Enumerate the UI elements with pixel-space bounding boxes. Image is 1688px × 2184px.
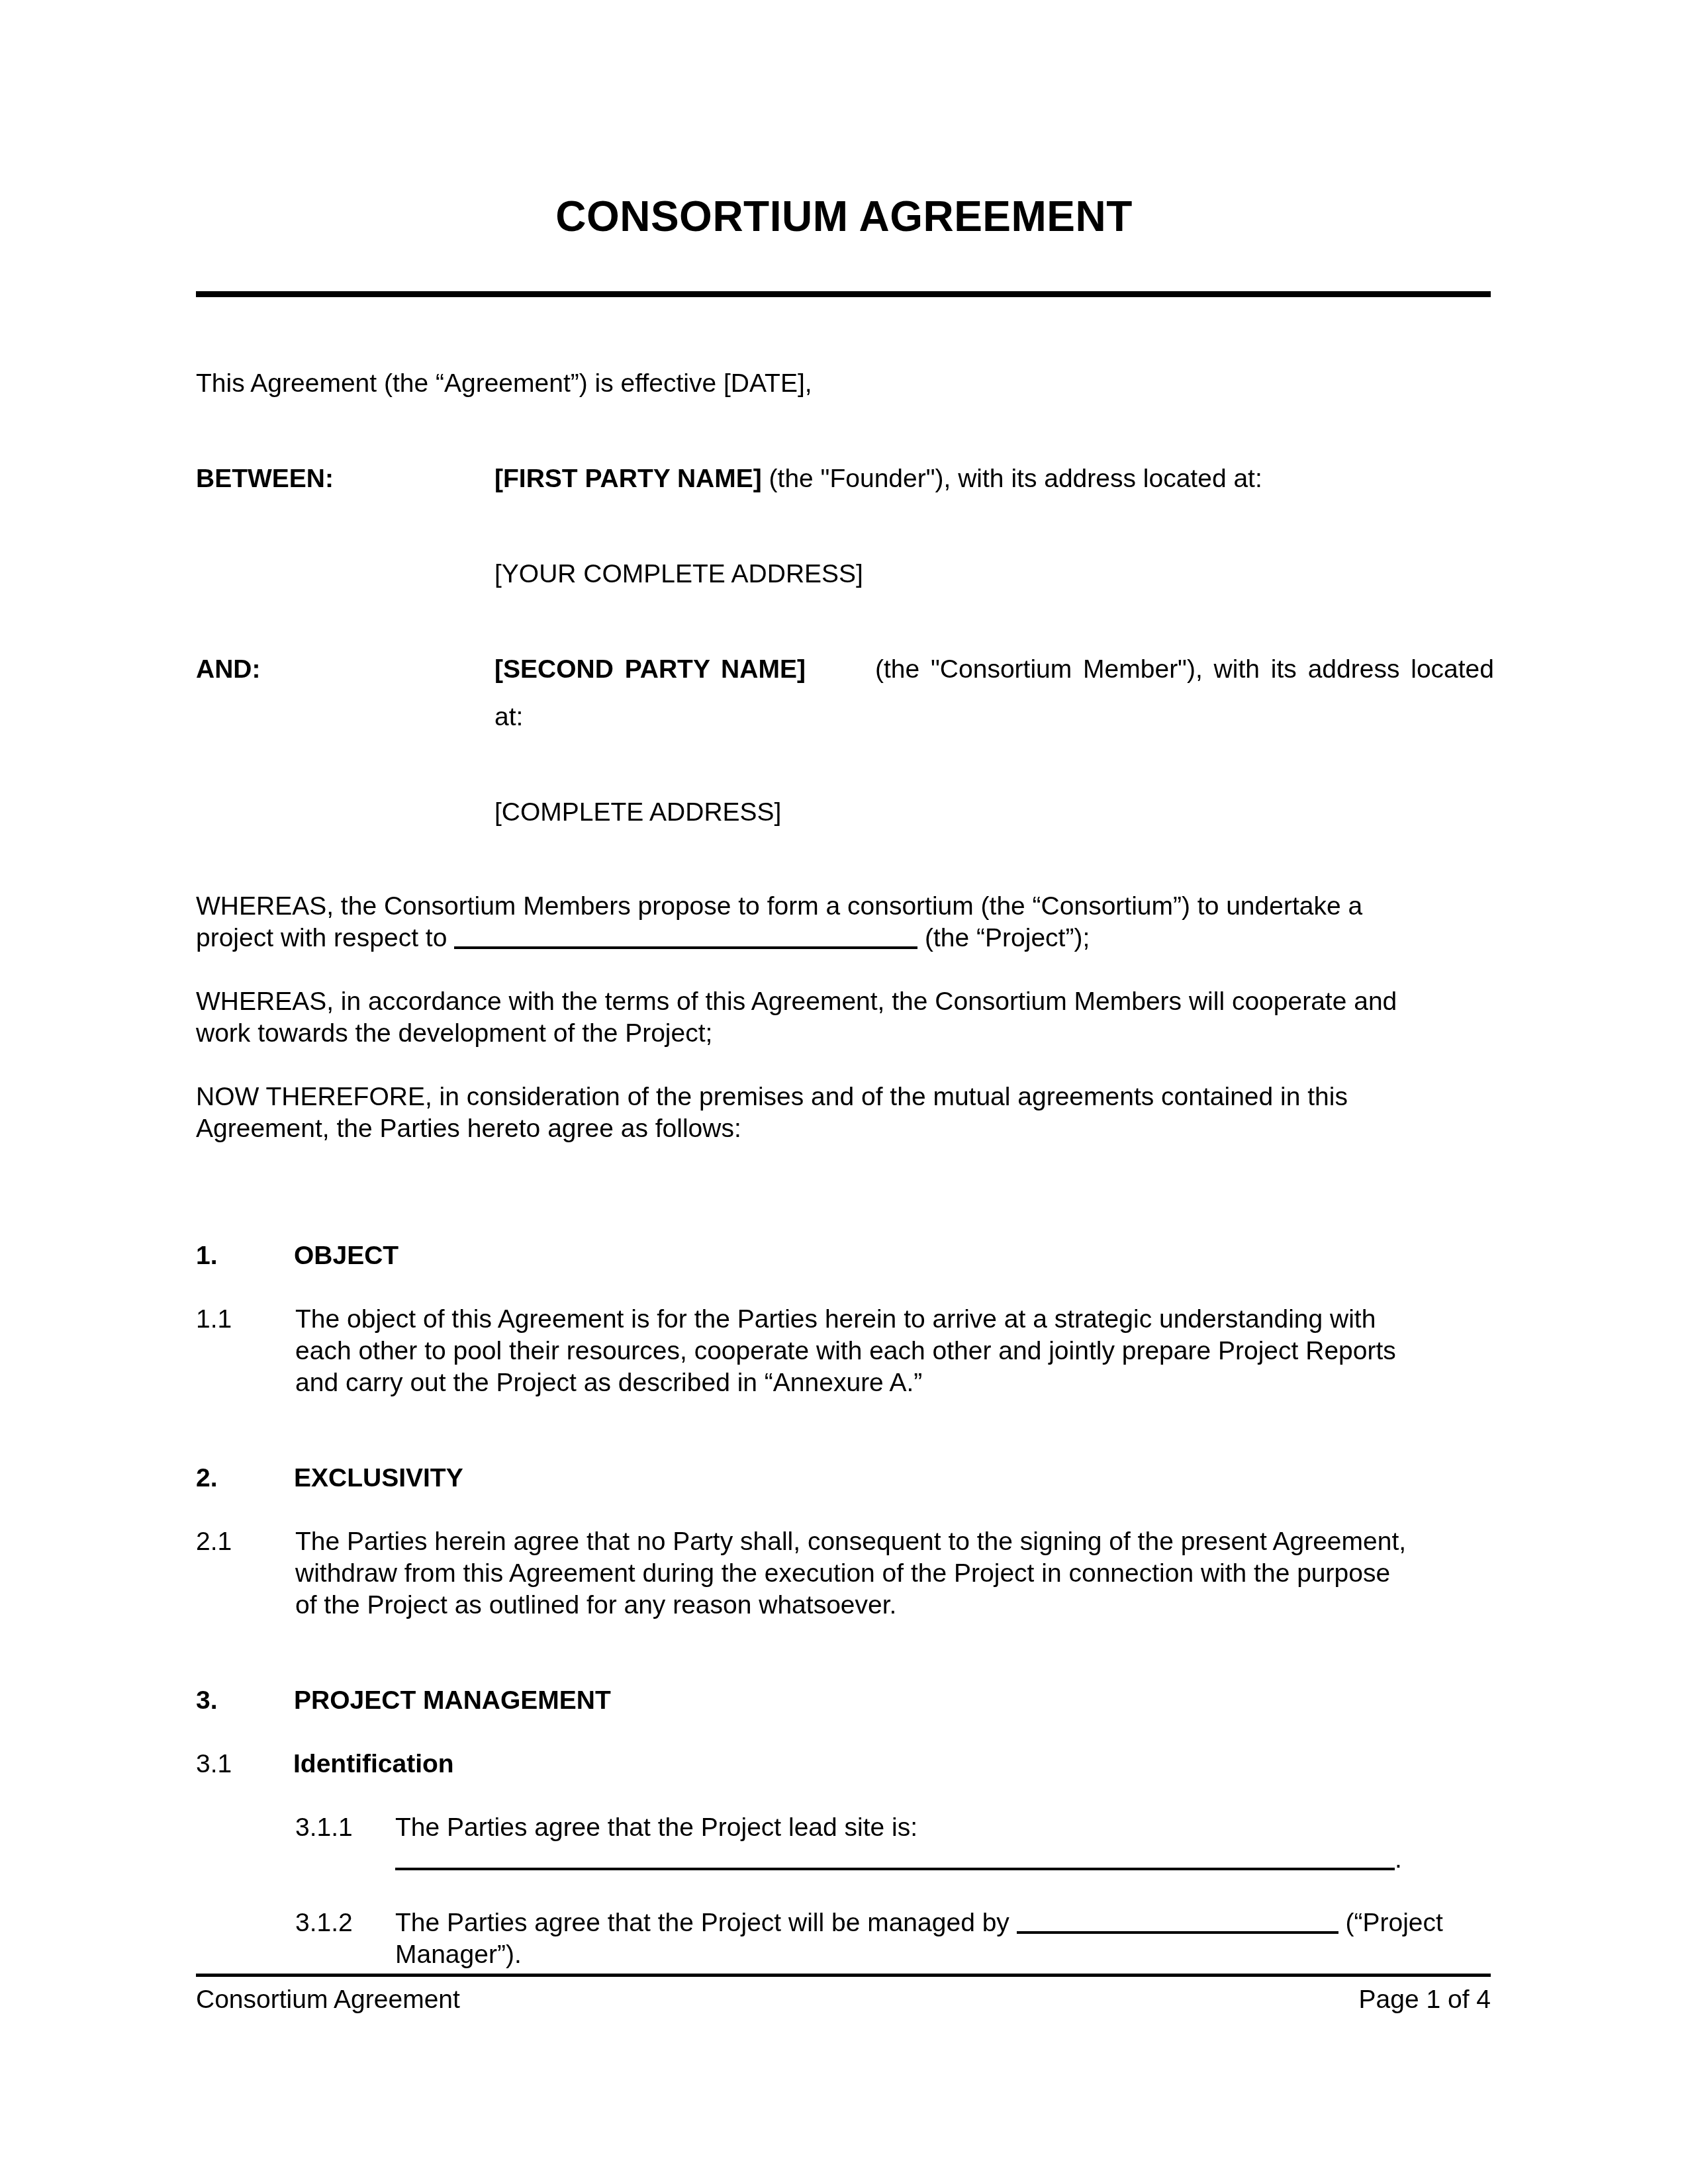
first-party-name: [FIRST PARTY NAME] [494, 465, 762, 493]
second-party-description: (the "Consortium Member"), with its addr… [875, 654, 1494, 686]
lead-site-blank[interactable] [395, 1868, 1395, 1870]
now-therefore-paragraph: NOW THEREFORE, in consideration of the p… [196, 1081, 1348, 1145]
title-rule [196, 291, 1491, 297]
item-3-1-2-number: 3.1.2 [295, 1907, 353, 1939]
item-3-1-2-text-start: The Parties agree that the Project will … [395, 1909, 1017, 1937]
whereas-paragraph-1: WHEREAS, the Consortium Members propose … [196, 891, 1362, 954]
section-3-number: 3. [196, 1685, 218, 1717]
project-manager-blank[interactable] [1017, 1931, 1338, 1934]
whereas-1-text: project with respect to [196, 924, 454, 952]
clause-2-1-line: The Parties herein agree that no Party s… [295, 1526, 1406, 1558]
item-3-1-1-number: 3.1.1 [295, 1812, 353, 1844]
clause-1-1-line: each other to pool their resources, coop… [295, 1336, 1396, 1367]
project-subject-blank[interactable] [454, 946, 917, 949]
second-party-address: [COMPLETE ADDRESS] [494, 797, 781, 829]
section-1-number: 1. [196, 1240, 218, 1272]
whereas-2-line-2: work towards the development of the Proj… [196, 1018, 1397, 1050]
clause-2-1-text: The Parties herein agree that no Party s… [295, 1526, 1406, 1621]
footer-rule [196, 1974, 1491, 1977]
whereas-2-line-1: WHEREAS, in accordance with the terms of… [196, 986, 1397, 1018]
subsection-3-1-heading: Identification [293, 1749, 454, 1780]
clause-1-1-text: The object of this Agreement is for the … [295, 1304, 1396, 1399]
section-3-heading: PROJECT MANAGEMENT [294, 1685, 611, 1717]
section-2-heading: EXCLUSIVITY [294, 1463, 463, 1494]
clause-2-1-number: 2.1 [196, 1526, 232, 1558]
clause-1-1-line: The object of this Agreement is for the … [295, 1304, 1396, 1336]
first-party: [FIRST PARTY NAME] (the "Founder"), with… [494, 463, 1262, 495]
whereas-paragraph-2: WHEREAS, in accordance with the terms of… [196, 986, 1397, 1050]
clause-1-1-line: and carry out the Project as described i… [295, 1367, 1396, 1399]
second-party: [SECOND PARTY NAME] (the "Consortium Mem… [494, 654, 1494, 686]
first-party-description: (the "Founder"), with its address locate… [762, 465, 1262, 493]
and-label: AND: [196, 654, 260, 686]
between-label: BETWEEN: [196, 463, 334, 495]
intro-paragraph: This Agreement (the “Agreement”) is effe… [196, 368, 812, 400]
whereas-1-line-1: WHEREAS, the Consortium Members propose … [196, 891, 1362, 923]
clause-1-1-number: 1.1 [196, 1304, 232, 1336]
footer-document-name: Consortium Agreement [196, 1984, 460, 2016]
document-title: CONSORTIUM AGREEMENT [0, 192, 1688, 241]
second-party-name: [SECOND PARTY NAME] [494, 654, 806, 686]
whereas-1-text-end: (the “Project”); [917, 924, 1090, 952]
item-3-1-1-period: . [1395, 1845, 1402, 1874]
item-3-1-1-line-2: . [395, 1844, 1402, 1876]
whereas-1-line-2: project with respect to (the “Project”); [196, 923, 1362, 954]
item-3-1-1-text: The Parties agree that the Project lead … [395, 1812, 917, 1844]
now-therefore-line-1: NOW THEREFORE, in consideration of the p… [196, 1081, 1348, 1113]
clause-2-1-line: of the Project as outlined for any reaso… [295, 1590, 1406, 1621]
now-therefore-line-2: Agreement, the Parties hereto agree as f… [196, 1113, 1348, 1145]
second-party-description-continued: at: [494, 702, 523, 733]
item-3-1-2-line-2: Manager”). [395, 1939, 1443, 1971]
item-3-1-2-text: The Parties agree that the Project will … [395, 1907, 1443, 1971]
clause-2-1-line: withdraw from this Agreement during the … [295, 1558, 1406, 1590]
section-1-heading: OBJECT [294, 1240, 399, 1272]
first-party-address: [YOUR COMPLETE ADDRESS] [494, 559, 863, 590]
footer-page-number: Page 1 of 4 [1359, 1984, 1491, 2016]
section-2-number: 2. [196, 1463, 218, 1494]
item-3-1-2-line-1: The Parties agree that the Project will … [395, 1907, 1443, 1939]
subsection-3-1-number: 3.1 [196, 1749, 232, 1780]
item-3-1-2-text-end: (“Project [1338, 1909, 1443, 1937]
